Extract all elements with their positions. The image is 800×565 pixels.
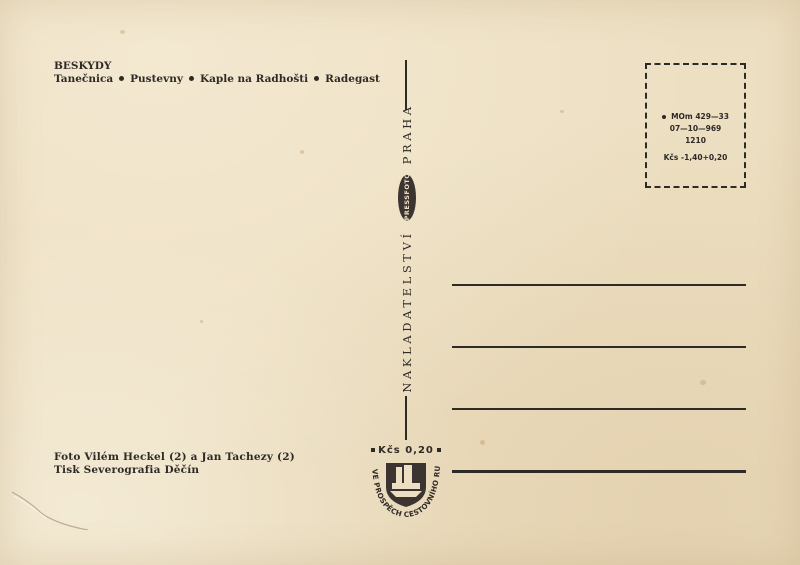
bullet-icon (314, 76, 319, 81)
stamp-date: 07—10—969 (647, 123, 744, 135)
stamp-number: 1210 (647, 135, 744, 147)
paper-crease (10, 490, 90, 530)
emblem-price: Kčs 0,20 (378, 445, 434, 456)
stamp-price: Kčs -1,40+0,20 (647, 152, 744, 164)
publisher-imprint: NAKLADATELSTVÍ PRESSFOTO PRAHA (396, 58, 418, 438)
place-name: Tanečnica (54, 73, 113, 85)
stamp-info: MOm 429—33 07—10—969 1210 Kčs -1,40+0,20 (647, 111, 744, 164)
paper-stain (700, 380, 706, 385)
bullet-icon (119, 76, 124, 81)
place-name: Radegast (325, 73, 380, 85)
paper-stain (480, 440, 485, 445)
bullet-icon (662, 115, 666, 119)
pressfoto-logo: PRESSFOTO (398, 174, 416, 220)
square-bullet-icon (437, 448, 441, 452)
address-line (452, 284, 746, 286)
castle-tower-icon: VE PROSPĚCH CESTOVNÍHO RUCHU (366, 457, 446, 523)
publisher-city: PRAHA (400, 103, 414, 164)
region-title: BESKYDY (54, 60, 380, 73)
stamp-code: MOm 429—33 (671, 112, 729, 121)
place-list: TanečnicaPustevnyKaple na RadhoštiRadega… (54, 73, 380, 86)
photo-credit: Foto Vilém Heckel (2) a Jan Tachezy (2) (54, 451, 295, 464)
square-bullet-icon (371, 448, 375, 452)
print-credit: Tisk Severografia Děčín (54, 464, 295, 477)
address-line (452, 408, 746, 410)
paper-stain (200, 320, 203, 323)
paper-stain (120, 30, 125, 34)
address-line-postcode (452, 470, 746, 473)
emblem-price-row: Kčs 0,20 (366, 445, 446, 456)
place-name: Pustevny (130, 73, 183, 85)
paper-stain (560, 110, 564, 113)
stamp-placeholder: MOm 429—33 07—10—969 1210 Kčs -1,40+0,20 (645, 63, 746, 188)
bullet-icon (189, 76, 194, 81)
credits-block: Foto Vilém Heckel (2) a Jan Tachezy (2) … (54, 451, 295, 477)
address-line (452, 346, 746, 348)
tourism-emblem: Kčs 0,20 VE PROSPĚCH CESTOVNÍHO RUCHU (366, 445, 446, 523)
postcard-back: BESKYDY TanečnicaPustevnyKaple na Radhoš… (0, 0, 800, 565)
publisher-name: NAKLADATELSTVÍ (400, 230, 414, 392)
caption-block: BESKYDY TanečnicaPustevnyKaple na Radhoš… (54, 60, 380, 86)
place-name: Kaple na Radhošti (200, 73, 308, 85)
paper-stain (300, 150, 304, 154)
